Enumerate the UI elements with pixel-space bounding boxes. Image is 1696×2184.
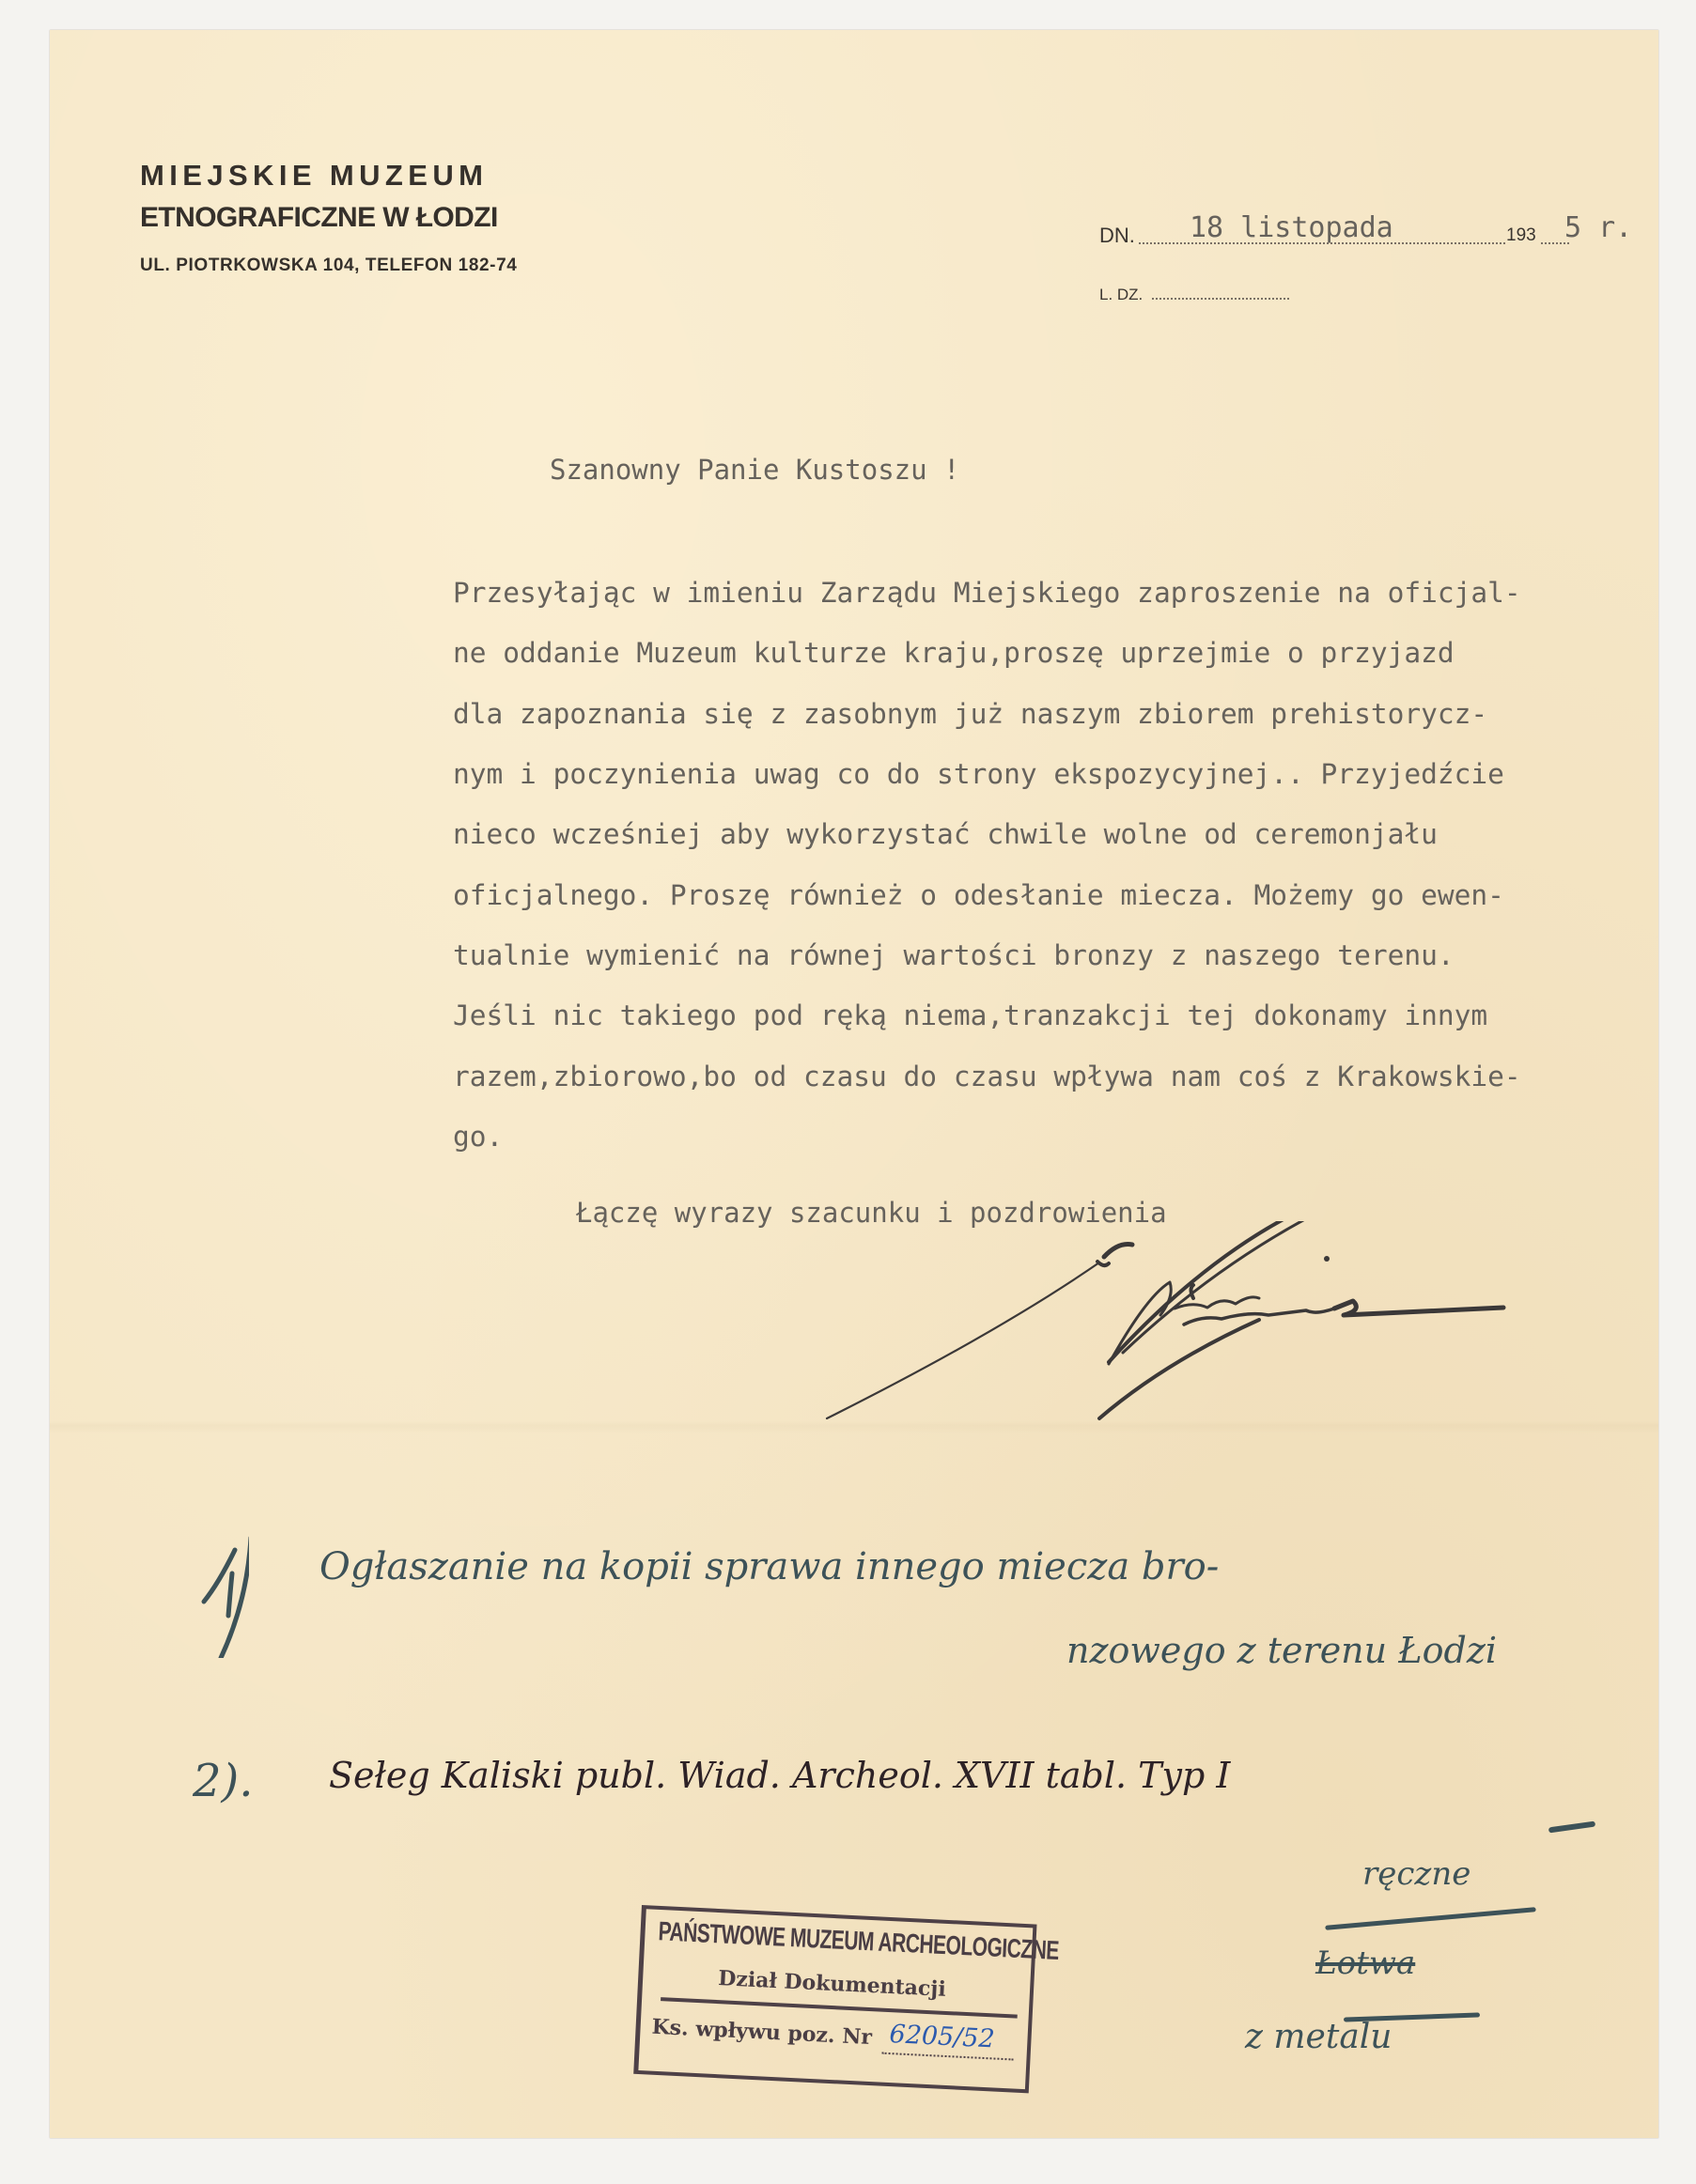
stamp-entry-number: 6205/52 xyxy=(889,2020,996,2053)
date-year-suffix: 5 r. xyxy=(1564,211,1632,244)
body-line: Przesyłając w imieniu Zarządu Miejskiego… xyxy=(453,577,1521,609)
annotation-1-line-1: Ogłaszanie na kopii sprawa innego miecza… xyxy=(319,1545,1219,1588)
body-line: nieco wcześniej aby wykorzystać chwile w… xyxy=(453,818,1438,850)
body-line: razem,zbiorowo,bo od czasu do czasu wpły… xyxy=(453,1061,1521,1092)
accession-stamp: PAŃSTWOWE MUZEUM ARCHEOLOGICZNE Dział Do… xyxy=(633,1905,1036,2093)
annotation-2-word-3: z metalu xyxy=(1245,2018,1392,2056)
date-day-month: 18 listopada xyxy=(1190,211,1393,244)
letterhead-line-2: ETNOGRAFICZNE W ŁODZI xyxy=(140,202,498,234)
body-line: ne oddanie Muzeum kulturze kraju,proszę … xyxy=(453,637,1455,669)
body-line: oficjalnego. Proszę również o odesłanie … xyxy=(453,879,1504,911)
body-line: go. xyxy=(453,1121,503,1153)
date-label: DN. xyxy=(1099,224,1135,248)
annotation-2-word-1: ręczne xyxy=(1362,1855,1470,1893)
reference-dotted-line xyxy=(1152,288,1289,300)
letterhead-line-1: MIEJSKIE MUZEUM xyxy=(140,159,488,193)
annotation-1-line-2: nzowego z terenu Łodzi xyxy=(1066,1630,1497,1671)
date-year-prefix: 193 xyxy=(1506,225,1536,246)
body-line: nym i poczynienia uwag co do strony eksp… xyxy=(453,758,1504,790)
salutation: Szanowny Panie Kustoszu ! xyxy=(550,454,960,486)
stamp-department: Dział Dokumentacji xyxy=(718,1966,947,2002)
annotation-2-line-1: Sełeg Kaliski publ. Wiad. Archeol. XVII … xyxy=(329,1755,1230,1796)
letterhead-address: UL. PIOTRKOWSKA 104, TELEFON 182-74 xyxy=(140,256,517,276)
body-line: tualnie wymienić na równej wartości bron… xyxy=(453,939,1455,971)
stamp-institution: PAŃSTWOWE MUZEUM ARCHEOLOGICZNE xyxy=(658,1917,1060,1967)
annotation-marker-2: 2). xyxy=(193,1755,254,1807)
reference-label: L. DZ. xyxy=(1099,286,1143,304)
body-line: Jeśli nic takiego pod ręką niema,tranzak… xyxy=(453,999,1487,1031)
annotation-2-word-2-struck: Łotwa xyxy=(1315,1944,1415,1982)
annotation-marker-1 xyxy=(193,1526,249,1658)
body-line: dla zapoznania się z zasobnym już naszym… xyxy=(453,698,1487,730)
signature xyxy=(808,1221,1522,1447)
stamp-divider xyxy=(661,1997,1018,2019)
stamp-register-label: Ks. wpływu poz. Nr xyxy=(651,2015,873,2050)
